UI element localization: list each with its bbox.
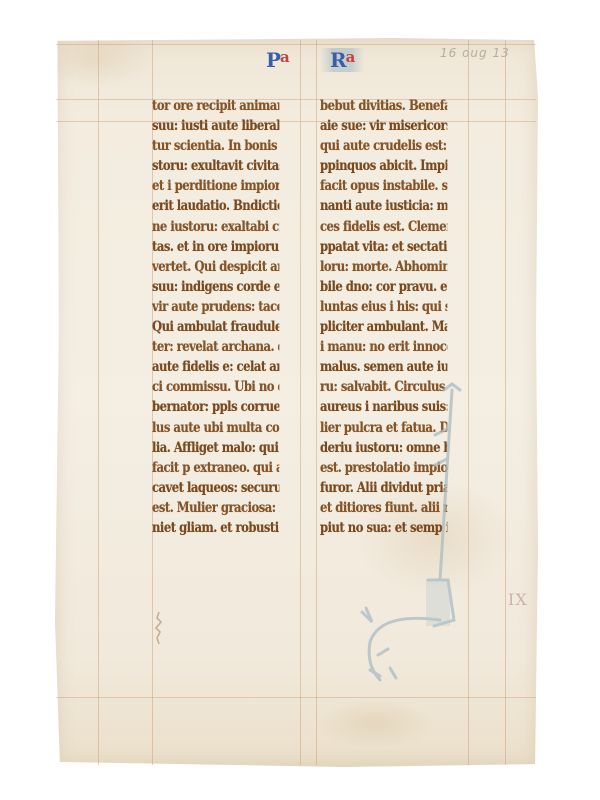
text-line: niet gliam. et robusti h: [152, 518, 279, 538]
running-head-right: Ra: [320, 48, 364, 72]
text-line: vir aute prudens: tacebit.: [152, 297, 279, 317]
text-line: bebut divitias. Benefacit: [320, 96, 447, 116]
text-line: storu: exultavit civitas: [152, 156, 279, 176]
text-line: lia. Affliget malo: qui fide: [152, 438, 279, 458]
text-line: aute fidelis e: celat ami: [152, 357, 279, 377]
text-line: ces fidelis est. Clementia: [320, 217, 447, 237]
ruling-line: [316, 40, 317, 765]
ruling-line: [300, 40, 301, 765]
text-line: ne iustoru: exaltabi civi: [152, 217, 279, 237]
text-line: lus aute ubi multa cosi: [152, 418, 279, 438]
text-line: facit p extraneo. qui aute: [152, 458, 279, 478]
text-line: pliciter ambulant. Man: [320, 317, 447, 337]
parchment-stain: [35, 28, 155, 88]
text-line: tas. et in ore impioru: su: [152, 237, 279, 257]
text-line: nanti aute iusticia: mer: [320, 196, 447, 216]
penwork-flourish-icon: [340, 380, 500, 690]
pencil-annotation: 16 oug 13: [440, 46, 510, 60]
text-line: ppinquos abicit. Impius: [320, 156, 447, 176]
text-line: ppatat vita: et sectatio ma: [320, 237, 447, 257]
text-line: suu: indigens corde est:: [152, 277, 279, 297]
text-line: facit opus instabile. semi: [320, 176, 447, 196]
text-line: vertet. Qui despicit amicu: [152, 257, 279, 277]
text-line: bernator: ppls corruet. sa: [152, 397, 279, 417]
text-line: loru: morte. Abhominabi: [320, 257, 447, 277]
text-line: cavet laqueos: securus: [152, 478, 279, 498]
text-line: qui aute crudelis est: et: [320, 136, 447, 156]
text-line: erit laudatio. Bndictio: [152, 196, 279, 216]
text-line: est. Mulier graciosa: inve: [152, 498, 279, 518]
text-column-left: tor ore recipit animam suu: iusti aute l…: [152, 96, 300, 538]
ruling-line: [56, 44, 536, 45]
text-line: ter: revelat archana. qui: [152, 337, 279, 357]
text-line: tor ore recipit animam: [152, 96, 279, 116]
text-line: aie sue: vir misericors:: [320, 116, 447, 136]
text-line: bile dno: cor pravu. et vo: [320, 277, 447, 297]
text-line: et i perditione impioru:: [152, 176, 279, 196]
ruling-line: [98, 40, 99, 765]
ruling-line: [505, 40, 506, 765]
text-line: ci commissu. Ubi no est gu: [152, 377, 279, 397]
text-line: malus. semen aute iusto: [320, 357, 447, 377]
text-line: Qui ambulat fraudulen: [152, 317, 279, 337]
running-head-left: Pa: [266, 48, 289, 72]
text-line: suu: iusti aute liberabu: [152, 116, 279, 136]
parchment-stain: [315, 698, 435, 748]
pen-trial-mark-icon: [152, 610, 166, 646]
margin-roman-numeral: IX: [508, 590, 528, 609]
text-line: tur scientia. In bonis iu: [152, 136, 279, 156]
ruling-line: [56, 697, 536, 698]
text-line: luntas eius i his: qui sim: [320, 297, 447, 317]
text-line: i manu: no erit innocens: [320, 337, 447, 357]
